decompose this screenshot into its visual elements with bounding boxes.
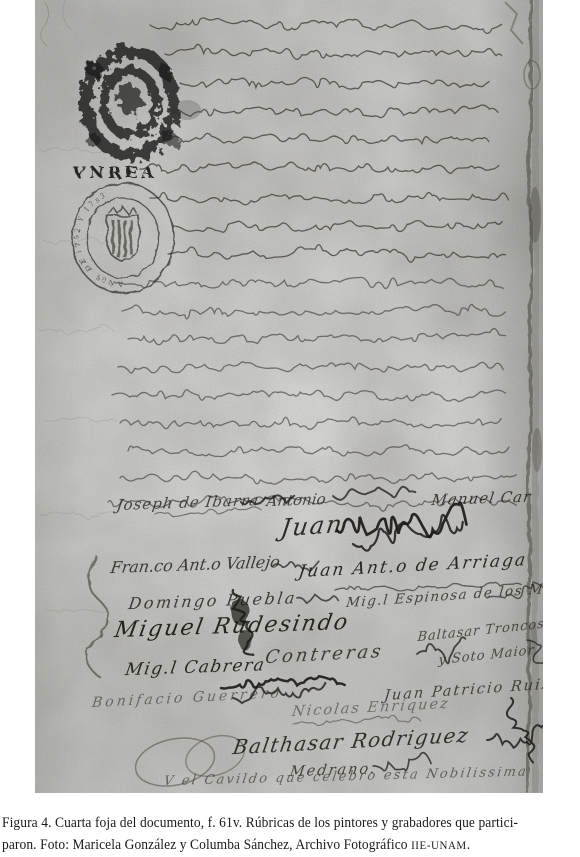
- page: VNREA AÑOS DE 1752 Y 1753: [0, 0, 580, 857]
- signature-manuel-car: Manuel Car: [430, 488, 532, 510]
- manuscript-photo: VNREA AÑOS DE 1752 Y 1753: [35, 0, 543, 793]
- archive-acronym: IIE-UNAM: [411, 838, 467, 852]
- caption-line2-period: .: [467, 837, 470, 853]
- signature-antonio: Antonio: [265, 490, 327, 510]
- signature-juan-rubricated: Juan: [279, 510, 346, 543]
- revenue-stamp-text: VNREA: [72, 163, 158, 182]
- manuscript-photo-canvas: VNREA AÑOS DE 1752 Y 1753: [35, 0, 543, 793]
- caption-line2: paron. Foto: Maricela González y Columba…: [2, 837, 470, 853]
- caption-line1: Figura 4. Cuarta foja del documento, f. …: [2, 815, 518, 831]
- caption-line2-text: paron. Foto: Maricela González y Columba…: [2, 837, 411, 853]
- figure-caption: Figura 4. Cuarta foja del documento, f. …: [2, 812, 580, 856]
